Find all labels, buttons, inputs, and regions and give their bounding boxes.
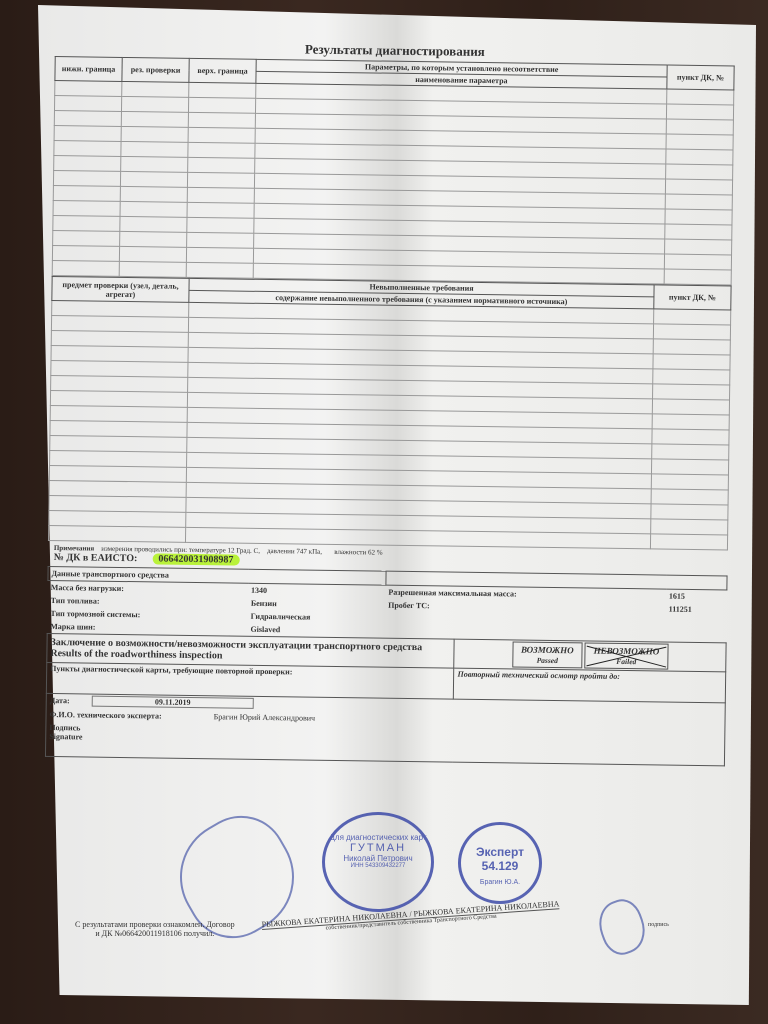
empty-cell [666, 134, 733, 150]
empty-cell [651, 504, 728, 520]
stamp2-bottom: Брагин Ю.А. [461, 879, 539, 886]
signature-label-ru: Подпись [49, 723, 80, 732]
max-mass-value: 1615 [666, 589, 727, 603]
empty-cell [666, 149, 733, 165]
empty-cell [54, 155, 121, 171]
ack-line1: С результатами проверки ознакомлен. Дого… [75, 920, 235, 929]
empty-cell [186, 247, 253, 263]
empty-cell [121, 141, 188, 157]
empty-cell [666, 164, 733, 180]
vehicle-data-table: Данные транспортного средства Масса без … [47, 566, 728, 642]
col-lower-bound: нижн. граница [55, 57, 122, 82]
empty-cell [653, 354, 730, 370]
empty-cell [121, 156, 188, 172]
col-dk-item-2: пункт ДК, № [654, 285, 731, 310]
empty-cell [55, 81, 122, 97]
empty-cell [651, 489, 728, 505]
empty-cell [121, 111, 188, 127]
diagnostic-form: Результаты диагностирования нижн. границ… [45, 38, 735, 766]
mileage-value: 111251 [666, 603, 727, 617]
empty-cell [53, 230, 120, 246]
expert-stamp: Эксперт 54.129 Брагин Ю.А. [458, 822, 542, 904]
empty-cell [187, 187, 254, 203]
ack-line2: и ДК №066420011918106 получил. [75, 929, 235, 938]
failed-label-en: Failed [616, 657, 636, 666]
stamp2-line2: 54.129 [461, 859, 539, 873]
notes-humidity: влажности 62 % [334, 548, 382, 557]
empty-cell [652, 444, 729, 460]
signature-label-en: Signature [49, 732, 82, 741]
empty-cell [188, 97, 255, 113]
empty-cell [664, 254, 731, 270]
passed-label: ВОЗМОЖНО [521, 645, 574, 656]
empty-cell [121, 96, 188, 112]
empty-cell [53, 185, 120, 201]
empty-cell [654, 309, 731, 325]
empty-cell [665, 179, 732, 195]
empty-cell [666, 119, 733, 135]
stamp1-sub: Николай Петрович [325, 854, 431, 863]
sign-caption: подпись [648, 922, 669, 928]
empty-cell [188, 112, 255, 128]
empty-cell [187, 232, 254, 248]
empty-cell [53, 200, 120, 216]
empty-cell [121, 126, 188, 142]
empty-cell [53, 215, 120, 231]
empty-cell [54, 110, 121, 126]
empty-cell [120, 231, 187, 247]
conclusion-table: Заключение о возможности/невозможности э… [45, 633, 727, 766]
stamp1-inn: ИНН 543309432277 [325, 863, 431, 869]
empty-cell [122, 81, 189, 97]
empty-cell [53, 170, 120, 186]
empty-cell [664, 269, 731, 285]
empty-cell [120, 171, 187, 187]
signature-label: Подпись Signature [49, 723, 721, 750]
stamp2-line1: Эксперт [461, 845, 539, 859]
parameters-table: нижн. граница рез. проверки верх. границ… [52, 56, 735, 285]
empty-cell [665, 194, 732, 210]
empty-cell [54, 140, 121, 156]
acknowledgement: С результатами проверки ознакомлен. Дого… [75, 920, 235, 938]
repeat-inspection-label: Повторный технический осмотр пройти до: [454, 668, 726, 703]
empty-cell [188, 157, 255, 173]
empty-cell [651, 519, 728, 535]
col-subject: предмет проверки (узел, деталь, агрегат) [52, 276, 189, 302]
empty-cell [189, 82, 256, 98]
empty-cell [187, 202, 254, 218]
empty-cell [54, 125, 121, 141]
requirements-table: предмет проверки (узел, деталь, агрегат)… [48, 276, 732, 550]
empty-cell [652, 414, 729, 430]
empty-cell [665, 224, 732, 240]
empty-cell [188, 127, 255, 143]
empty-cell [651, 459, 728, 475]
empty-cell [119, 261, 186, 277]
empty-cell [653, 369, 730, 385]
eaisto-number: 066420031908987 [152, 553, 239, 565]
empty-cell [186, 262, 253, 278]
empty-cell [650, 534, 727, 550]
empty-cell [188, 142, 255, 158]
expert-label: Ф.И.О. технического эксперта: [49, 710, 161, 721]
date-value: 09.11.2019 [92, 696, 254, 709]
empty-cell [653, 384, 730, 400]
empty-cell [666, 104, 733, 120]
date-label: Дата: [50, 696, 70, 705]
empty-cell [652, 399, 729, 415]
empty-cell [52, 260, 119, 276]
col-result: рез. проверки [122, 57, 189, 82]
empty-cell [651, 474, 728, 490]
organization-stamp: Для диагностических карт ГУТМАН Николай … [322, 812, 434, 912]
verdict-passed: ВОЗМОЖНО Passed [512, 641, 583, 668]
expert-name: Брагин Юрий Александрович [214, 712, 316, 722]
empty-cell [665, 209, 732, 225]
empty-cell [667, 89, 734, 105]
empty-cell [120, 186, 187, 202]
empty-cell [52, 245, 119, 261]
empty-cell [120, 201, 187, 217]
empty-cell [653, 324, 730, 340]
empty-cell [54, 96, 121, 112]
verdict-failed-crossed: НЕВОЗМОЖНО Failed [584, 642, 668, 669]
empty-cell [665, 239, 732, 255]
passed-label-en: Passed [537, 656, 558, 665]
stamp1-name: ГУТМАН [325, 842, 431, 854]
col-dk-item: пункт ДК, № [667, 65, 734, 90]
empty-cell [653, 339, 730, 355]
empty-cell [187, 217, 254, 233]
empty-cell [187, 172, 254, 188]
empty-cell [120, 216, 187, 232]
failed-label: НЕВОЗМОЖНО [594, 646, 660, 657]
empty-cell [652, 429, 729, 445]
empty-cell [119, 246, 186, 262]
eaisto-label: № ДК в ЕАИСТО: [54, 552, 138, 564]
notes-pressure: давлении 747 кПа, [267, 547, 322, 556]
empty-cell [48, 525, 185, 542]
stamp1-top: Для диагностических карт [325, 833, 431, 842]
col-upper-bound: верх. граница [189, 58, 256, 83]
